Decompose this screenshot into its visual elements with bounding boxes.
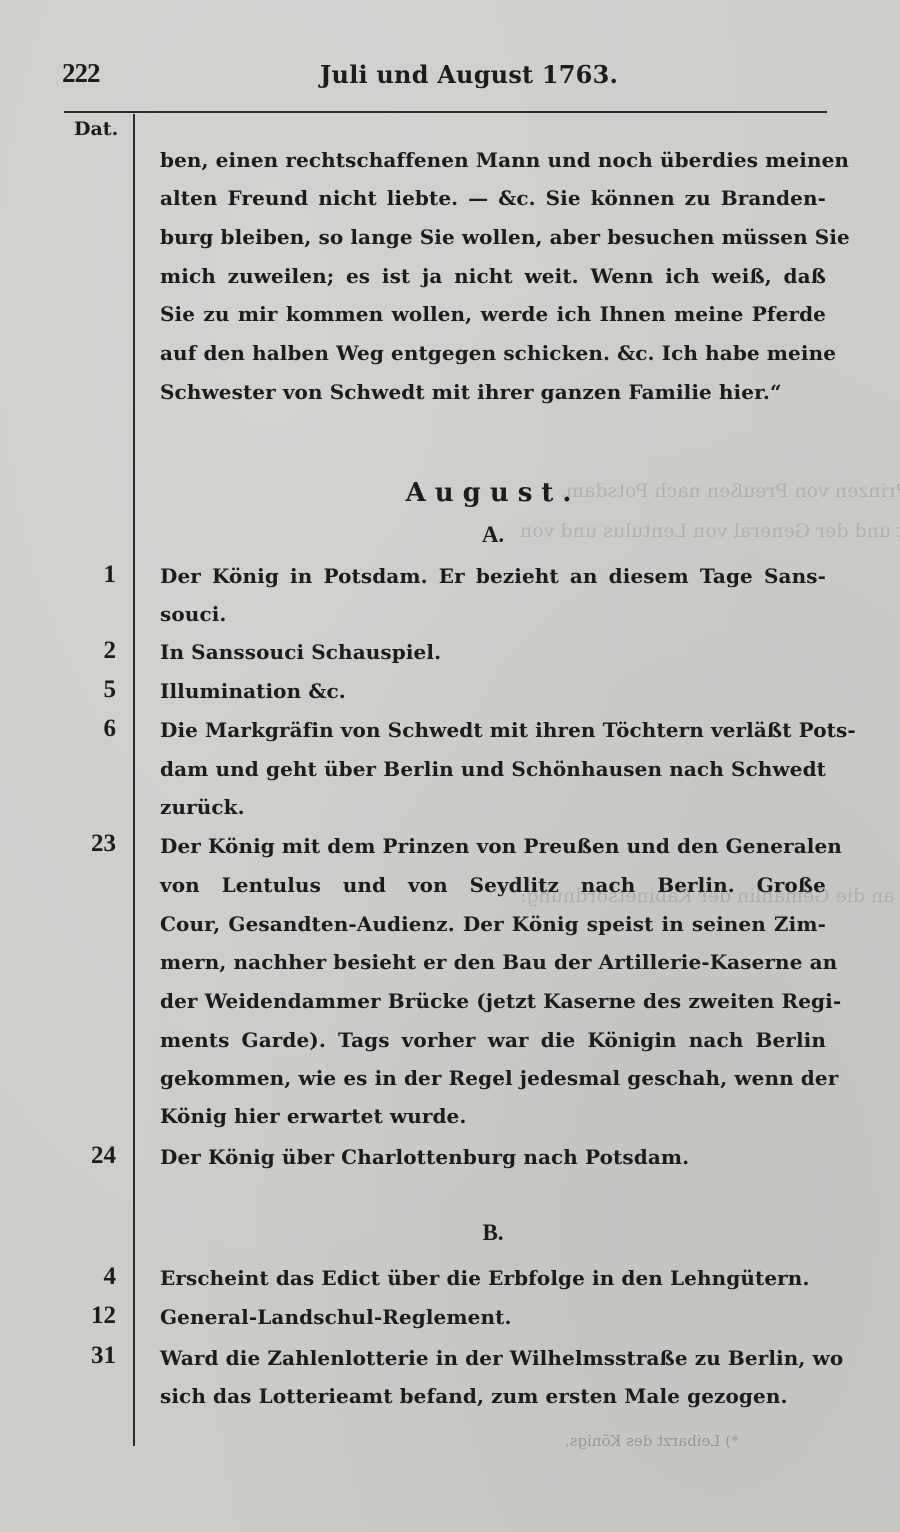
text-line: mich zuweilen; es ist ja nicht weit. Wen… <box>160 264 826 288</box>
column-divider <box>133 114 135 1446</box>
show-through-footnote: *) Leibarzt des Königs. <box>565 1432 738 1450</box>
date-column-label: Dat. <box>74 118 118 140</box>
month-heading: August. <box>160 478 826 508</box>
text-line: General-Landschul-Reglement. <box>160 1305 826 1329</box>
book-page: Der König mit dem Prinzen von Preußen na… <box>0 0 900 1532</box>
header-rule <box>64 111 827 113</box>
running-title: Juli und August 1763. <box>320 60 618 89</box>
text-line: zurück. <box>160 795 826 819</box>
page-number: 222 <box>62 58 100 89</box>
text-line: burg bleiben, so lange Sie wollen, aber … <box>160 225 826 249</box>
text-line: dam und geht über Berlin und Schönhausen… <box>160 757 826 781</box>
text-line: Cour, Gesandten-Audienz. Der König speis… <box>160 912 826 936</box>
text-line: Die Markgräfin von Schwedt mit ihren Töc… <box>160 718 826 742</box>
entry-date: 2 <box>56 639 116 663</box>
text-line: Der König über Charlottenburg nach Potsd… <box>160 1145 826 1169</box>
text-line: von Lentulus und von Seydlitz nach Berli… <box>160 873 826 897</box>
text-line: Erscheint das Edict über die Erbfolge in… <box>160 1266 826 1290</box>
text-line: mern, nachher besieht er den Bau der Art… <box>160 950 826 974</box>
text-line: souci. <box>160 602 826 626</box>
text-line: sich das Lotterieamt befand, zum ersten … <box>160 1384 826 1408</box>
text-line: Der König mit dem Prinzen von Preußen un… <box>160 834 826 858</box>
text-line: Illumination &c. <box>160 679 826 703</box>
text-line: ben, einen rechtschaffenen Mann und noch… <box>160 148 826 172</box>
text-line: gekommen, wie es in der Regel jedesmal g… <box>160 1066 826 1090</box>
text-line: Der König in Potsdam. Er bezieht an dies… <box>160 564 826 588</box>
section-b-heading: B. <box>160 1220 826 1246</box>
entry-date: 31 <box>56 1344 116 1368</box>
entry-date: 6 <box>56 717 116 741</box>
entry-date: 24 <box>56 1144 116 1168</box>
text-line: Schwester von Schwedt mit ihrer ganzen F… <box>160 380 826 404</box>
text-line: König hier erwartet wurde. <box>160 1104 826 1128</box>
entry-date: 12 <box>56 1304 116 1328</box>
text-line: Sie zu mir kommen wollen, werde ich Ihne… <box>160 302 826 326</box>
text-line: Ward die Zahlenlotterie in der Wilhelmss… <box>160 1346 826 1370</box>
entry-date: 5 <box>56 678 116 702</box>
entry-date: 23 <box>56 832 116 856</box>
text-line: der Weidendammer Brücke (jetzt Kaserne d… <box>160 989 826 1013</box>
text-line: ments Garde). Tags vorher war die Königi… <box>160 1028 826 1052</box>
text-line: auf den halben Weg entgegen schicken. &c… <box>160 341 826 365</box>
text-line: In Sanssouci Schauspiel. <box>160 640 826 664</box>
section-a-heading: A. <box>160 522 826 548</box>
entry-date: 4 <box>56 1265 116 1289</box>
entry-date: 1 <box>56 563 116 587</box>
text-line: alten Freund nicht liebte. — &c. Sie kön… <box>160 186 826 210</box>
